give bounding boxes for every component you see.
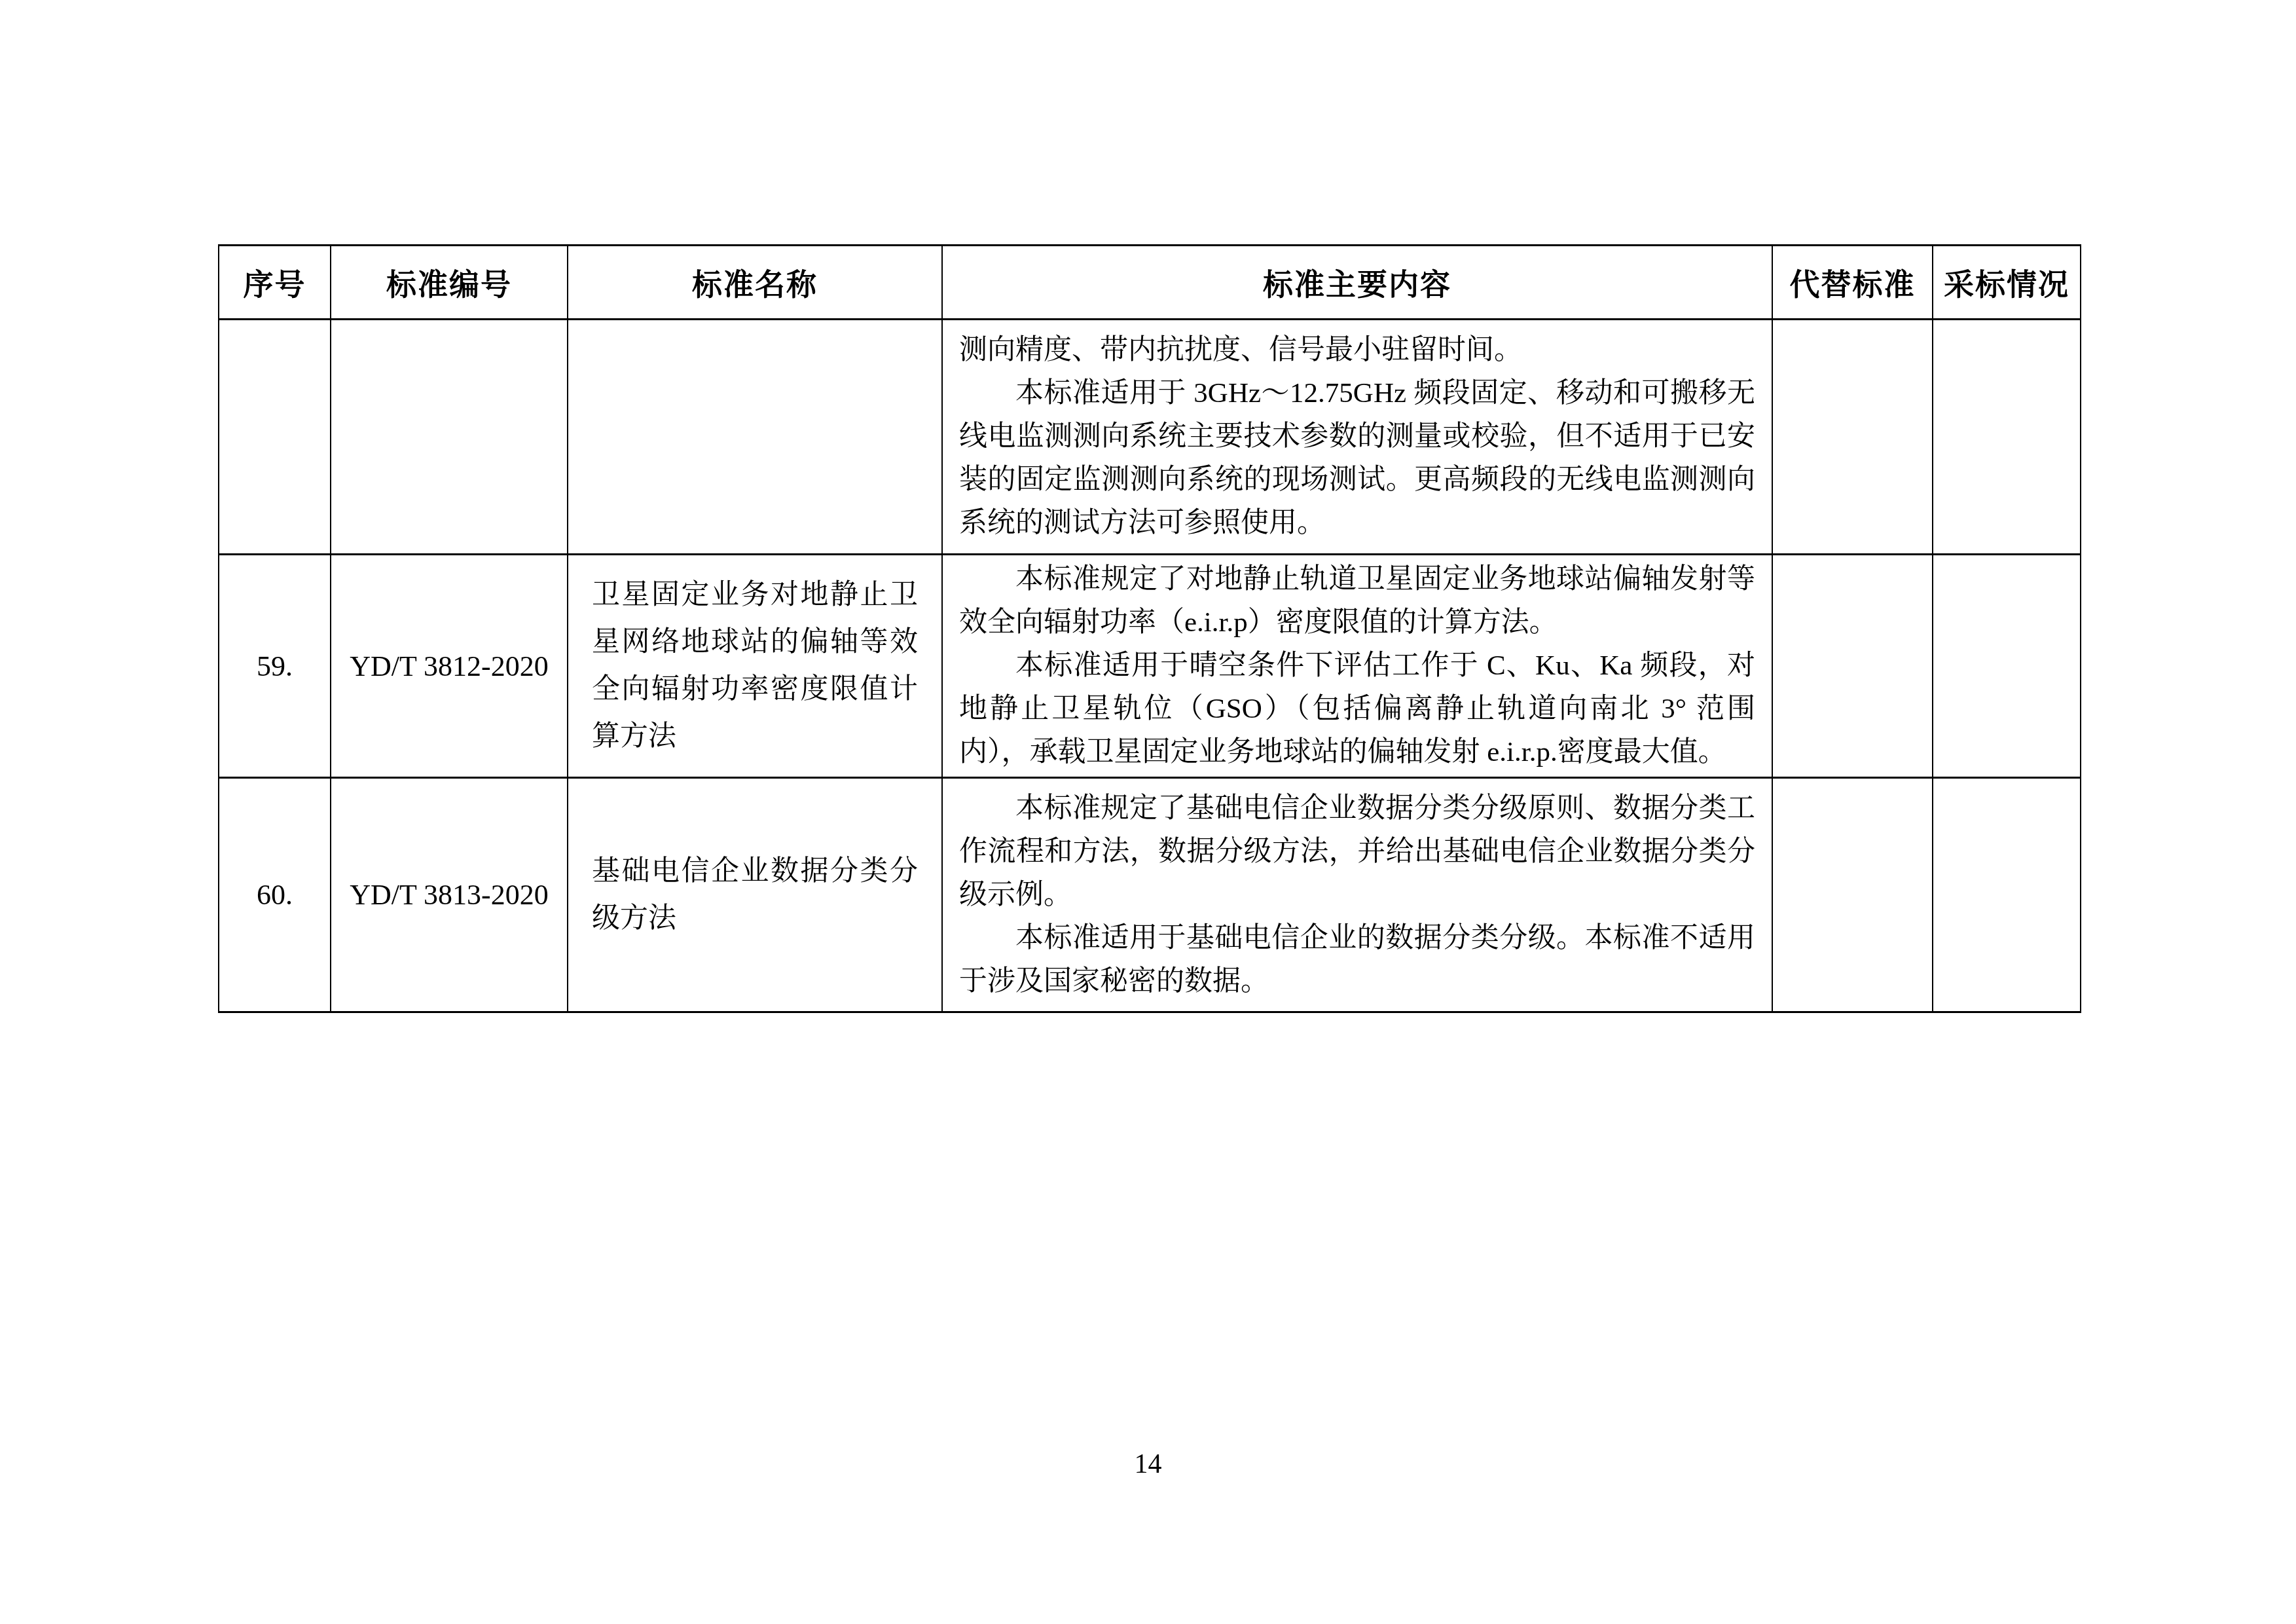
header-content: 标准主要内容 (942, 246, 1772, 320)
content-paragraph: 本标准适用于基础电信企业的数据分类分级。本标准不适用于涉及国家秘密的数据。 (959, 917, 1755, 1003)
seq-cell (219, 320, 331, 555)
table-row-59: 59. YD/T 3812-2020 卫星固定业务对地静止卫星网络地球站的偏轴等… (219, 555, 2081, 778)
code-cell: YD/T 3813-2020 (331, 778, 568, 1012)
header-code: 标准编号 (331, 246, 568, 320)
content-cell: 测向精度、带内抗扰度、信号最小驻留时间。 本标准适用于 3GHz～12.75GH… (942, 320, 1772, 555)
header-seq: 序号 (219, 246, 331, 320)
content-paragraph: 本标准适用于晴空条件下评估工作于 C、Ku、Ka 频段，对地静止卫星轨位（GSO… (959, 644, 1755, 774)
name-cell: 卫星固定业务对地静止卫星网络地球站的偏轴等效全向辐射功率密度限值计算方法 (568, 555, 942, 778)
content-paragraph: 本标准规定了对地静止轨道卫星固定业务地球站偏轴发射等效全向辐射功率（e.i.r.… (959, 558, 1755, 644)
content-paragraph: 本标准规定了基础电信企业数据分类分级原则、数据分类工作流程和方法，数据分级方法，… (959, 787, 1755, 917)
code-cell: YD/T 3812-2020 (331, 555, 568, 778)
content-cell: 本标准规定了对地静止轨道卫星固定业务地球站偏轴发射等效全向辐射功率（e.i.r.… (942, 555, 1772, 778)
table-header-row: 序号 标准编号 标准名称 标准主要内容 代替标准 采标情况 (219, 246, 2081, 320)
seq-cell: 59. (219, 555, 331, 778)
page-number: 14 (0, 1449, 2296, 1480)
adoption-cell (1933, 320, 2081, 555)
header-replaced: 代替标准 (1772, 246, 1933, 320)
adoption-cell (1933, 778, 2081, 1012)
table-row-60: 60. YD/T 3813-2020 基础电信企业数据分类分级方法 本标准规定了… (219, 778, 2081, 1012)
replaced-cell (1772, 320, 1933, 555)
table-row-continuation: 测向精度、带内抗扰度、信号最小驻留时间。 本标准适用于 3GHz～12.75GH… (219, 320, 2081, 555)
seq-cell: 60. (219, 778, 331, 1012)
standards-table: 序号 标准编号 标准名称 标准主要内容 代替标准 采标情况 测向精度、带内抗扰度… (218, 244, 2081, 1013)
document-page: 序号 标准编号 标准名称 标准主要内容 代替标准 采标情况 测向精度、带内抗扰度… (0, 0, 2296, 1624)
header-adoption: 采标情况 (1933, 246, 2081, 320)
code-cell (331, 320, 568, 555)
content-paragraph: 本标准适用于 3GHz～12.75GHz 频段固定、移动和可搬移无线电监测测向系… (959, 372, 1755, 545)
replaced-cell (1772, 778, 1933, 1012)
name-cell (568, 320, 942, 555)
header-name: 标准名称 (568, 246, 942, 320)
adoption-cell (1933, 555, 2081, 778)
name-cell: 基础电信企业数据分类分级方法 (568, 778, 942, 1012)
replaced-cell (1772, 555, 1933, 778)
content-paragraph: 测向精度、带内抗扰度、信号最小驻留时间。 (959, 329, 1755, 372)
content-cell: 本标准规定了基础电信企业数据分类分级原则、数据分类工作流程和方法，数据分级方法，… (942, 778, 1772, 1012)
